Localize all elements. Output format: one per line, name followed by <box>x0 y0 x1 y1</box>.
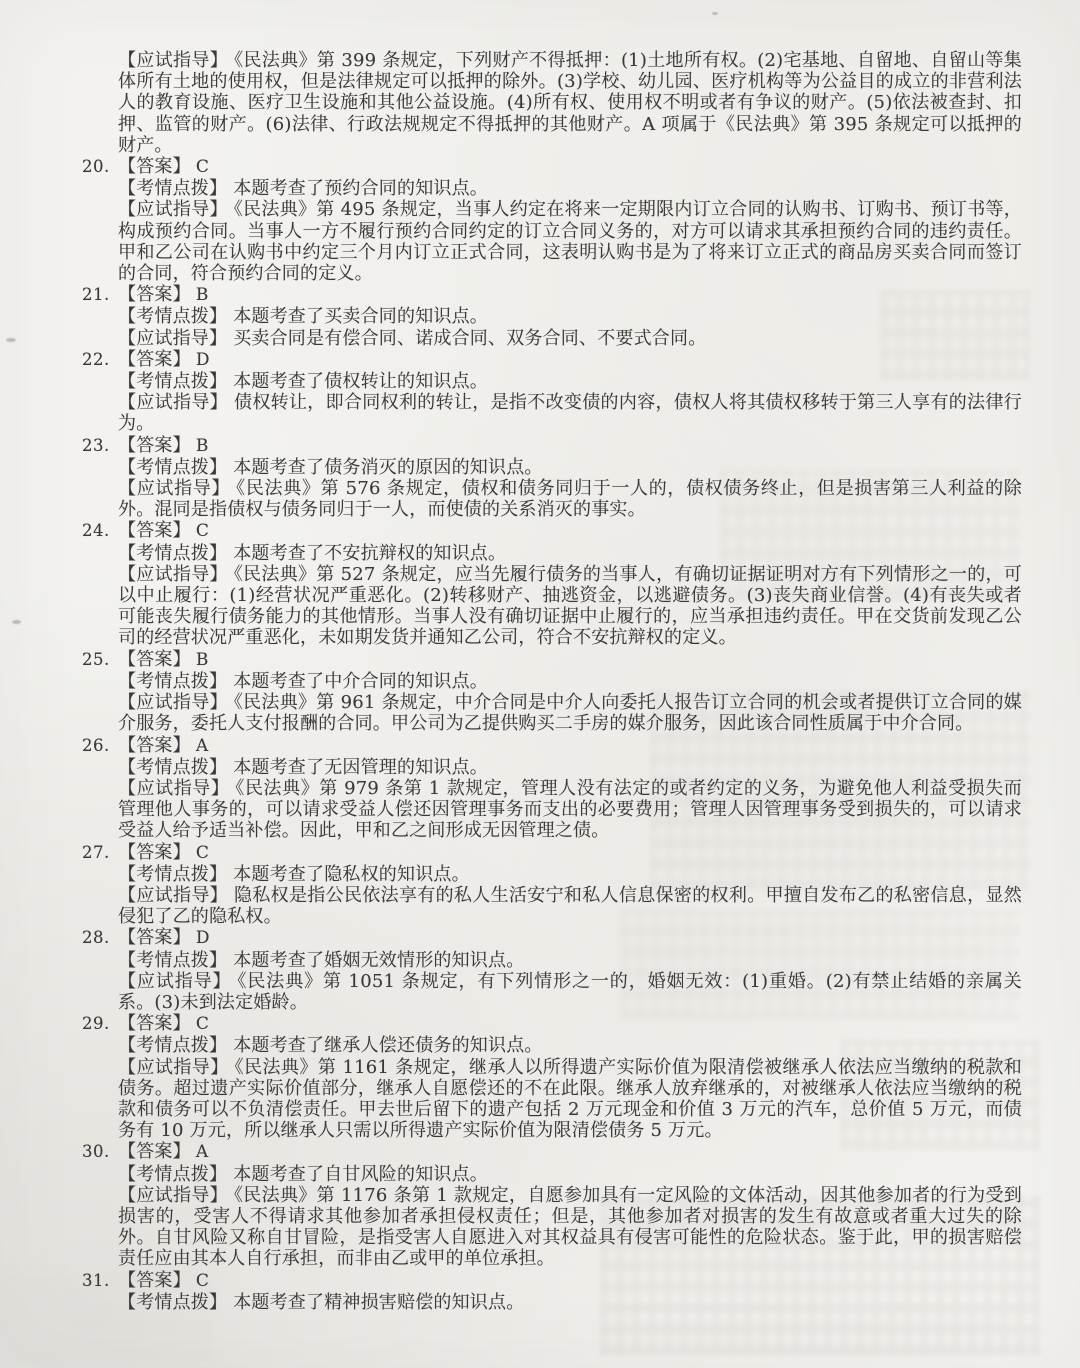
document-content: 【应试指导】《民法典》第 399 条规定，下列财产不得抵押：(1)土地所有权。(… <box>118 50 1022 1313</box>
item-number: 20. <box>82 156 116 177</box>
item-number: 27. <box>82 842 116 863</box>
exam-point-label: 【考情点拨】 <box>118 1292 227 1313</box>
guidance-label: 【应试指导】 <box>118 1185 228 1206</box>
answer-value: A <box>196 736 208 756</box>
guidance-label: 【应试指导】 <box>118 199 228 220</box>
guidance-text: 《民法典》第 979 条第 1 款规定，管理人没有法定的或者约定的义务，为避免他… <box>118 778 1022 841</box>
exam-point-line: 【考情点拨】本题考查了婚姻无效情形的知识点。 <box>118 950 1022 971</box>
exam-point-line: 【考情点拨】本题考查了隐私权的知识点。 <box>118 864 1022 885</box>
guidance-paragraph: 【应试指导】《民法典》第 495 条规定，当事人约定在将来一定期限内订立合同的认… <box>118 199 1022 284</box>
answer-value: C <box>196 521 209 541</box>
item-number: 22. <box>82 349 116 370</box>
exam-point-label: 【考情点拨】 <box>118 1035 227 1056</box>
exam-point-line: 【考情点拨】本题考查了中介合同的知识点。 <box>118 671 1022 692</box>
exam-point-label: 【考情点拨】 <box>118 864 227 885</box>
exam-point-line: 【考情点拨】本题考查了债务消灭的原因的知识点。 <box>118 457 1022 478</box>
guidance-paragraph: 【应试指导】《民法典》第 1051 条规定，有下列情形之一的，婚姻无效：(1)重… <box>118 971 1022 1013</box>
guidance-text: 隐私权是指公民依法享有的私人生活安宁和私人信息保密的权利。甲擅自发布乙的私密信息… <box>118 885 1022 927</box>
guidance-text: 债权转让，即合同权利的转让，是指不改变债的内容，债权人将其债权移转于第三人享有的… <box>118 392 1022 434</box>
exam-point-line: 【考情点拨】本题考查了自甘风险的知识点。 <box>118 1164 1022 1185</box>
guidance-label: 【应试指导】 <box>118 1057 229 1078</box>
intro-guidance-paragraph: 【应试指导】《民法典》第 399 条规定，下列财产不得抵押：(1)土地所有权。(… <box>118 50 1022 156</box>
exam-point-text: 本题考查了婚姻无效情形的知识点。 <box>233 950 524 971</box>
answer-item: 24.【答案】C 【考情点拨】本题考查了不安抗辩权的知识点。 【应试指导】《民法… <box>118 520 1022 648</box>
guidance-text: 《民法典》第 1176 条第 1 款规定，自愿参加具有一定风险的文体活动，因其他… <box>118 1185 1022 1270</box>
item-number: 21. <box>82 284 116 305</box>
scan-artifact <box>12 620 21 624</box>
exam-point-line: 【考情点拨】本题考查了无因管理的知识点。 <box>118 757 1022 778</box>
exam-point-text: 本题考查了债务消灭的原因的知识点。 <box>233 457 542 478</box>
exam-point-text: 本题考查了不安抗辩权的知识点。 <box>233 543 506 564</box>
answer-value: D <box>196 350 210 370</box>
exam-point-text: 本题考查了预约合同的知识点。 <box>233 178 488 199</box>
answer-label: 【答案】 <box>118 649 191 670</box>
answer-list: 20.【答案】C 【考情点拨】本题考查了预约合同的知识点。 【应试指导】《民法典… <box>118 156 1022 1313</box>
answer-value: C <box>196 1271 209 1291</box>
item-number: 31. <box>82 1270 116 1291</box>
answer-line: 24.【答案】C <box>118 520 1022 542</box>
answer-value: C <box>196 1014 209 1034</box>
answer-line: 22.【答案】D <box>118 349 1022 371</box>
answer-label: 【答案】 <box>118 284 191 305</box>
answer-value: C <box>196 157 209 177</box>
guidance-paragraph: 【应试指导】《民法典》第 576 条规定，债权和债务同归于一人的，债权债务终止，… <box>118 478 1022 520</box>
exam-point-line: 【考情点拨】本题考查了精神损害赔偿的知识点。 <box>118 1292 1022 1313</box>
exam-point-line: 【考情点拨】本题考查了不安抗辩权的知识点。 <box>118 543 1022 564</box>
guidance-label: 【应试指导】 <box>118 778 229 799</box>
exam-point-label: 【考情点拨】 <box>118 757 227 778</box>
answer-label: 【答案】 <box>118 156 191 177</box>
exam-point-line: 【考情点拨】本题考查了买卖合同的知识点。 <box>118 306 1022 327</box>
guidance-paragraph: 【应试指导】《民法典》第 979 条第 1 款规定，管理人没有法定的或者约定的义… <box>118 778 1022 842</box>
guidance-text: 《民法典》第 527 条规定，应当先履行债务的当事人，有确切证据证明对方有下列情… <box>118 564 1022 649</box>
exam-point-label: 【考情点拨】 <box>118 543 227 564</box>
guidance-label: 【应试指导】 <box>118 50 228 71</box>
answer-line: 27.【答案】C <box>118 842 1022 864</box>
guidance-paragraph: 【应试指导】《民法典》第 527 条规定，应当先履行债务的当事人，有确切证据证明… <box>118 564 1022 649</box>
guidance-label: 【应试指导】 <box>118 478 230 499</box>
exam-point-label: 【考情点拨】 <box>118 1164 227 1185</box>
guidance-paragraph: 【应试指导】《民法典》第 1161 条规定，继承人以所得遗产实际价值为限清偿被继… <box>118 1057 1022 1142</box>
exam-point-line: 【考情点拨】本题考查了继承人偿还债务的知识点。 <box>118 1035 1022 1056</box>
item-number: 30. <box>82 1141 116 1162</box>
guidance-text: 《民法典》第 961 条规定，中介合同是中介人向委托人报告订立合同的机会或者提供… <box>118 692 1022 734</box>
item-number: 28. <box>82 927 116 948</box>
guidance-text: 《民法典》第 1051 条规定，有下列情形之一的，婚姻无效：(1)重婚。(2)有… <box>118 971 1022 1013</box>
guidance-paragraph: 【应试指导】《民法典》第 961 条规定，中介合同是中介人向委托人报告订立合同的… <box>118 692 1022 734</box>
guidance-label: 【应试指导】 <box>118 885 228 906</box>
guidance-text: 《民法典》第 399 条规定，下列财产不得抵押：(1)土地所有权。(2)宅基地、… <box>118 50 1022 156</box>
guidance-label: 【应试指导】 <box>118 692 228 713</box>
guidance-label: 【应试指导】 <box>118 564 228 585</box>
guidance-paragraph: 【应试指导】隐私权是指公民依法享有的私人生活安宁和私人信息保密的权利。甲擅自发布… <box>118 885 1022 927</box>
guidance-text: 买卖合同是有偿合同、诺成合同、双务合同、不要式合同。 <box>233 328 706 349</box>
answer-line: 20.【答案】C <box>118 156 1022 178</box>
answer-item: 21.【答案】B 【考情点拨】本题考查了买卖合同的知识点。 【应试指导】买卖合同… <box>118 284 1022 349</box>
answer-item: 25.【答案】B 【考情点拨】本题考查了中介合同的知识点。 【应试指导】《民法典… <box>118 649 1022 735</box>
answer-value: D <box>196 928 210 948</box>
answer-item: 27.【答案】C 【考情点拨】本题考查了隐私权的知识点。 【应试指导】隐私权是指… <box>118 842 1022 928</box>
exam-point-label: 【考情点拨】 <box>118 306 227 327</box>
exam-point-text: 本题考查了债权转让的知识点。 <box>233 371 488 392</box>
item-number: 26. <box>82 735 116 756</box>
exam-point-line: 【考情点拨】本题考查了预约合同的知识点。 <box>118 178 1022 199</box>
exam-point-text: 本题考查了无因管理的知识点。 <box>233 757 488 778</box>
answer-label: 【答案】 <box>118 520 191 541</box>
answer-line: 26.【答案】A <box>118 735 1022 757</box>
guidance-text: 《民法典》第 1161 条规定，继承人以所得遗产实际价值为限清偿被继承人依法应当… <box>118 1057 1022 1142</box>
exam-point-text: 本题考查了中介合同的知识点。 <box>233 671 488 692</box>
answer-item: 26.【答案】A 【考情点拨】本题考查了无因管理的知识点。 【应试指导】《民法典… <box>118 735 1022 842</box>
item-number: 23. <box>82 435 116 456</box>
answer-label: 【答案】 <box>118 349 191 370</box>
item-number: 24. <box>82 520 116 541</box>
answer-item: 20.【答案】C 【考情点拨】本题考查了预约合同的知识点。 【应试指导】《民法典… <box>118 156 1022 284</box>
answer-line: 21.【答案】B <box>118 284 1022 306</box>
answer-item: 22.【答案】D 【考情点拨】本题考查了债权转让的知识点。 【应试指导】债权转让… <box>118 349 1022 435</box>
answer-line: 23.【答案】B <box>118 435 1022 457</box>
answer-label: 【答案】 <box>118 927 191 948</box>
answer-line: 29.【答案】C <box>118 1013 1022 1035</box>
guidance-paragraph: 【应试指导】买卖合同是有偿合同、诺成合同、双务合同、不要式合同。 <box>118 328 1022 349</box>
exam-point-label: 【考情点拨】 <box>118 457 227 478</box>
scan-artifact <box>6 338 16 342</box>
exam-point-label: 【考情点拨】 <box>118 671 227 692</box>
answer-label: 【答案】 <box>118 1270 191 1291</box>
exam-point-label: 【考情点拨】 <box>118 950 227 971</box>
answer-item: 28.【答案】D 【考情点拨】本题考查了婚姻无效情形的知识点。 【应试指导】《民… <box>118 927 1022 1013</box>
answer-line: 28.【答案】D <box>118 927 1022 949</box>
scanned-document-page: 【应试指导】《民法典》第 399 条规定，下列财产不得抵押：(1)土地所有权。(… <box>0 0 1080 1368</box>
answer-value: A <box>196 1142 208 1162</box>
item-number: 29. <box>82 1013 116 1034</box>
scan-artifact <box>712 12 718 15</box>
guidance-text: 《民法典》第 576 条规定，债权和债务同归于一人的，债权债务终止，但是损害第三… <box>118 478 1022 520</box>
exam-point-text: 本题考查了隐私权的知识点。 <box>233 864 470 885</box>
guidance-text: 《民法典》第 495 条规定，当事人约定在将来一定期限内订立合同的认购书、订购书… <box>118 199 1022 284</box>
answer-value: B <box>196 285 209 305</box>
answer-label: 【答案】 <box>118 1013 191 1034</box>
guidance-paragraph: 【应试指导】债权转让，即合同权利的转让，是指不改变债的内容，债权人将其债权移转于… <box>118 392 1022 434</box>
answer-value: B <box>196 436 209 456</box>
answer-value: C <box>196 843 209 863</box>
answer-label: 【答案】 <box>118 842 191 863</box>
answer-label: 【答案】 <box>118 735 191 756</box>
guidance-paragraph: 【应试指导】《民法典》第 1176 条第 1 款规定，自愿参加具有一定风险的文体… <box>118 1185 1022 1270</box>
exam-point-text: 本题考查了自甘风险的知识点。 <box>233 1164 488 1185</box>
exam-point-line: 【考情点拨】本题考查了债权转让的知识点。 <box>118 371 1022 392</box>
answer-item: 31.【答案】C 【考情点拨】本题考查了精神损害赔偿的知识点。 <box>118 1270 1022 1313</box>
guidance-label: 【应试指导】 <box>118 392 228 413</box>
answer-line: 25.【答案】B <box>118 649 1022 671</box>
exam-point-text: 本题考查了继承人偿还债务的知识点。 <box>233 1035 542 1056</box>
exam-point-text: 本题考查了买卖合同的知识点。 <box>233 306 488 327</box>
answer-item: 23.【答案】B 【考情点拨】本题考查了债务消灭的原因的知识点。 【应试指导】《… <box>118 435 1022 521</box>
exam-point-label: 【考情点拨】 <box>118 178 227 199</box>
answer-label: 【答案】 <box>118 1141 191 1162</box>
guidance-label: 【应试指导】 <box>118 328 227 349</box>
answer-line: 31.【答案】C <box>118 1270 1022 1292</box>
answer-item: 30.【答案】A 【考情点拨】本题考查了自甘风险的知识点。 【应试指导】《民法典… <box>118 1141 1022 1269</box>
answer-line: 30.【答案】A <box>118 1141 1022 1163</box>
answer-label: 【答案】 <box>118 435 191 456</box>
answer-value: B <box>196 650 209 670</box>
answer-item: 29.【答案】C 【考情点拨】本题考查了继承人偿还债务的知识点。 【应试指导】《… <box>118 1013 1022 1141</box>
item-number: 25. <box>82 649 116 670</box>
exam-point-text: 本题考查了精神损害赔偿的知识点。 <box>233 1292 524 1313</box>
guidance-label: 【应试指导】 <box>118 971 231 992</box>
exam-point-label: 【考情点拨】 <box>118 371 227 392</box>
